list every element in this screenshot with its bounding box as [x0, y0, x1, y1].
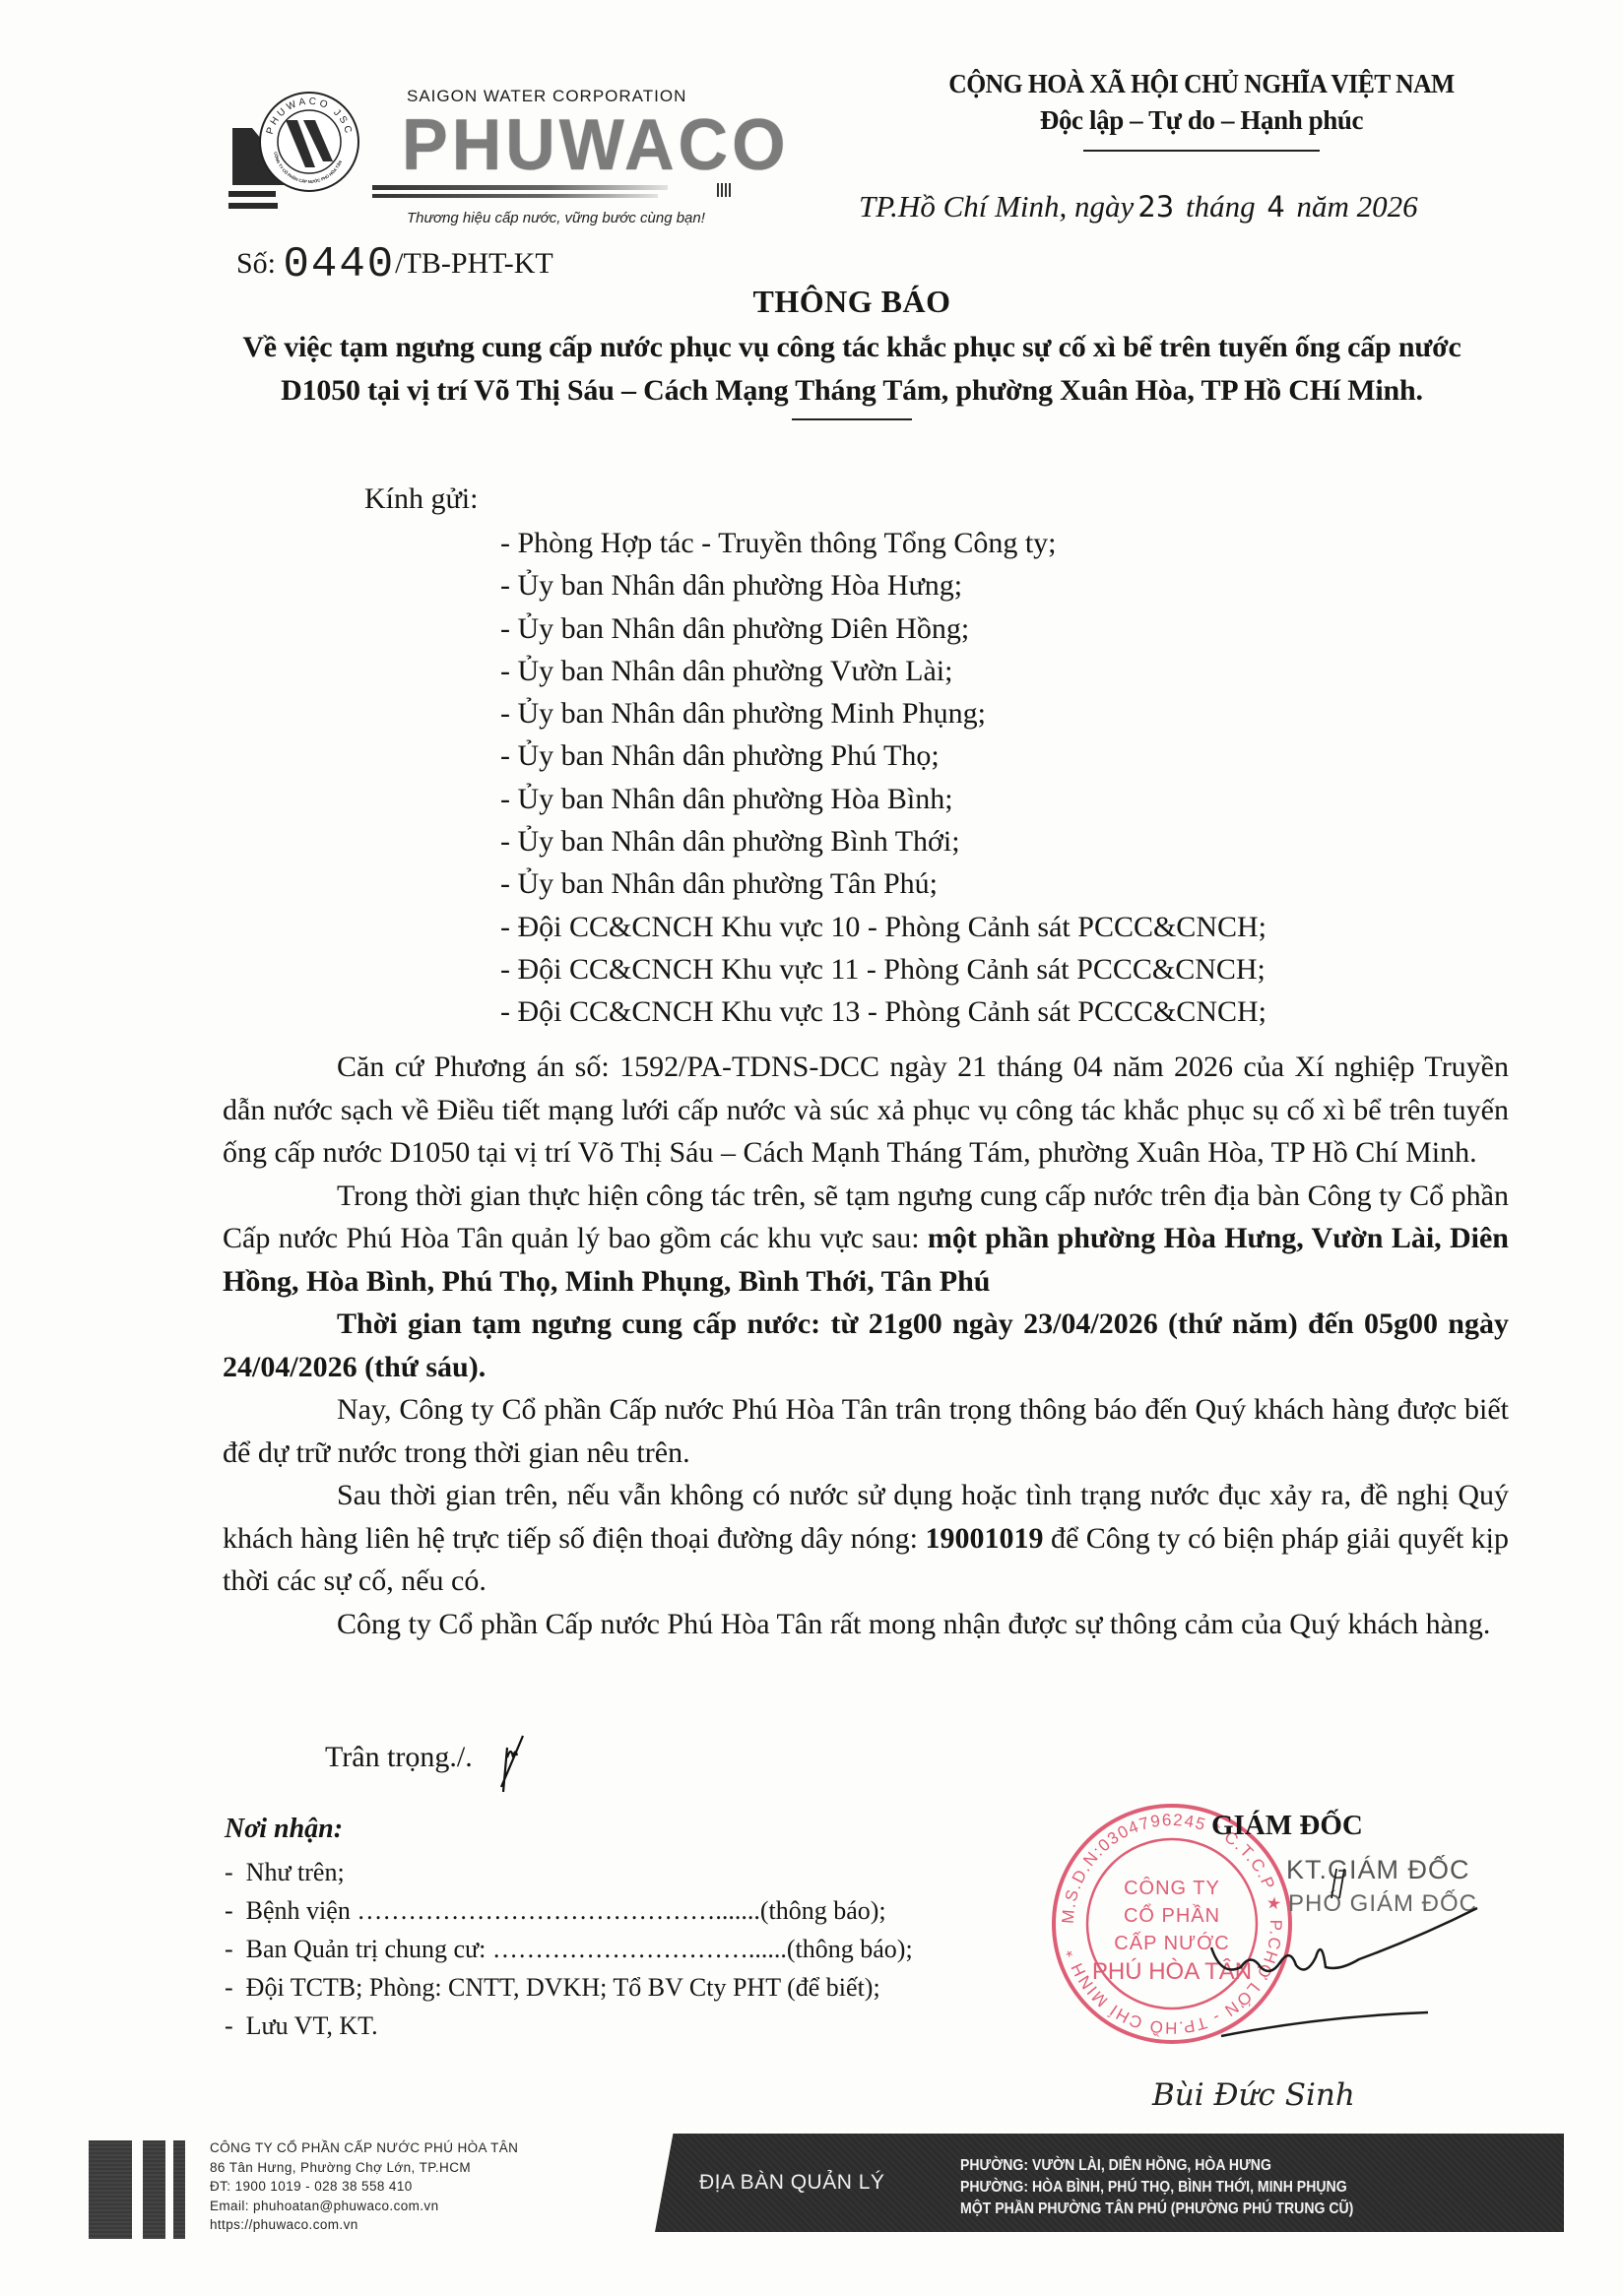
distribution-item: Ban Quản trị chung cư: …………………………......(…	[225, 1930, 913, 1968]
brand-bars-icon	[717, 183, 731, 197]
footer-address: 86 Tân Hưng, Phường Chợ Lớn, TP.HCM	[210, 2158, 518, 2178]
signature-title: GIÁM ĐỐC	[1211, 1810, 1363, 1842]
document-number: Số: 0440/TB-PHT-KT	[236, 240, 553, 289]
hotline-number: 19001019	[925, 1522, 1043, 1555]
logo-triangle-icon	[232, 128, 252, 185]
slogan: Thương hiệu cấp nước, vững bước cùng bạn…	[407, 210, 705, 226]
national-motto: Độc lập – Tự do – Hạnh phúc	[886, 105, 1517, 136]
footer-email[interactable]: Email: phuhoatan@phuwaco.com.vn	[210, 2197, 518, 2216]
signer-name: Bùi Đức Sinh	[1152, 2077, 1355, 2113]
service-area-list: PHƯỜNG: VƯỜN LÀI, DIÊN HỒNG, HÒA HƯNG PH…	[960, 2155, 1353, 2220]
distribution-list: Nơi nhận: Như trên; Bệnh viện ……………………………	[225, 1814, 913, 2045]
logo-seal-icon: PHUWACO JSC CÔNG TY CỔ PHẦN CẤP NƯỚC PHÚ…	[258, 91, 360, 193]
national-header: CỘNG HOÀ XÃ HỘI CHỦ NGHĨA VIỆT NAM Độc l…	[886, 69, 1517, 152]
outage-time: Thời gian tạm ngưng cung cấp nước: từ 21…	[223, 1307, 1509, 1383]
title-subject: Về việc tạm ngưng cung cấp nước phục vụ …	[197, 326, 1507, 413]
footer-company: CÔNG TY CỔ PHẦN CẤP NƯỚC PHÚ HÒA TÂN	[210, 2138, 518, 2158]
addressee-item: - Ủy ban Nhân dân phường Hòa Bình;	[500, 778, 1266, 820]
service-area-item: PHƯỜNG: VƯỜN LÀI, DIÊN HỒNG, HÒA HƯNG	[960, 2155, 1353, 2177]
document-number-suffix: /TB-PHT-KT	[395, 247, 553, 280]
addressee-item: - Ủy ban Nhân dân phường Bình Thới;	[500, 820, 1266, 862]
addressee-item: - Đội CC&CNCH Khu vực 13 - Phòng Cảnh sá…	[500, 990, 1266, 1033]
distribution-item: Lưu VT, KT.	[225, 2007, 913, 2045]
addressee-item: - Ủy ban Nhân dân phường Minh Phụng;	[500, 692, 1266, 734]
initials-icon	[497, 1728, 525, 1797]
title-heading: THÔNG BÁO	[197, 284, 1507, 320]
addressee-item: - Ủy ban Nhân dân phường Phú Thọ;	[500, 734, 1266, 777]
paragraph-affected-areas: Trong thời gian thực hiện công tác trên,…	[223, 1175, 1509, 1304]
distribution-item: Đội TCTB; Phòng: CNTT, DVKH; Tổ BV Cty P…	[225, 1968, 913, 2007]
addressee-item: - Ủy ban Nhân dân phường Hòa Hưng;	[500, 564, 1266, 606]
service-area-label: ĐỊA BÀN QUẢN LÝ	[699, 2171, 884, 2195]
handwritten-signature-icon	[1103, 1869, 1517, 2066]
date-month: 4	[1263, 190, 1288, 223]
addressee-item: - Ủy ban Nhân dân phường Tân Phú;	[500, 862, 1266, 905]
footer-phone: ĐT: 1900 1019 - 028 38 558 410	[210, 2177, 518, 2197]
service-area-band: ĐỊA BÀN QUẢN LÝ PHƯỜNG: VƯỜN LÀI, DIÊN H…	[655, 2134, 1564, 2232]
brand-wordmark: PHUWACO	[402, 108, 790, 181]
addressee-item: - Phòng Hợp tác - Truyền thông Tổng Công…	[500, 522, 1266, 564]
notice-body: Căn cứ Phương án số: 1592/PA-TDNS-DCC ng…	[223, 1046, 1509, 1645]
paragraph-basis: Căn cứ Phương án số: 1592/PA-TDNS-DCC ng…	[223, 1046, 1509, 1175]
paragraph-thanks: Công ty Cổ phần Cấp nước Phú Hòa Tân rất…	[223, 1603, 1509, 1646]
divider	[1083, 150, 1320, 152]
footer-website[interactable]: https://phuwaco.com.vn	[210, 2215, 518, 2235]
distribution-item: Bệnh viện …………………………………….......(thông bá…	[225, 1891, 913, 1930]
signature-block: M.S.D.N:0304796245 * C.T.C.P ★ P.CHỢ LỚN…	[1044, 1810, 1517, 2135]
service-area-item: PHƯỜNG: HÒA BÌNH, PHÚ THỌ, BÌNH THỚI, MI…	[960, 2177, 1353, 2199]
divider	[792, 418, 912, 420]
addressee-item: - Đội CC&CNCH Khu vực 10 - Phòng Cảnh sá…	[500, 906, 1266, 948]
addressee-item: - Ủy ban Nhân dân phường Diên Hồng;	[500, 607, 1266, 650]
date-day: 23	[1134, 190, 1178, 223]
addressee-item: - Đội CC&CNCH Khu vực 11 - Phòng Cảnh sá…	[500, 948, 1266, 990]
footer-contact: CÔNG TY CỔ PHẦN CẤP NƯỚC PHÚ HÒA TÂN 86 …	[210, 2138, 518, 2235]
document-number-value: 0440	[284, 240, 396, 289]
closing: Trân trọng./.	[325, 1741, 473, 1774]
paragraph-hotline: Sau thời gian trên, nếu vẫn không có nướ…	[223, 1474, 1509, 1603]
document-title: THÔNG BÁO Về việc tạm ngưng cung cấp nướ…	[197, 284, 1507, 420]
addressee-list: - Phòng Hợp tác - Truyền thông Tổng Công…	[500, 522, 1266, 1034]
dateline: TP.Hồ Chí Minh, ngày23 tháng 4 năm 2026	[859, 189, 1418, 224]
addressee-item: - Ủy ban Nhân dân phường Vườn Lài;	[500, 650, 1266, 692]
service-area-item: MỘT PHẦN PHƯỜNG TÂN PHÚ (PHƯỜNG PHÚ TRUN…	[960, 2199, 1353, 2220]
paragraph-outage-time: Thời gian tạm ngưng cung cấp nước: từ 21…	[223, 1303, 1509, 1388]
document-number-label: Số:	[236, 247, 276, 280]
paragraph-notice: Nay, Công ty Cổ phần Cấp nước Phú Hòa Tâ…	[223, 1388, 1509, 1474]
national-title: CỘNG HOÀ XÃ HỘI CHỦ NGHĨA VIỆT NAM	[902, 69, 1501, 99]
distribution-item: Như trên;	[225, 1853, 913, 1891]
addressee-label: Kính gửi:	[364, 482, 478, 516]
distribution-heading: Nơi nhận:	[225, 1814, 913, 1845]
company-logo: PHUWACO JSC CÔNG TY CỔ PHẦN CẤP NƯỚC PHÚ…	[225, 87, 737, 234]
